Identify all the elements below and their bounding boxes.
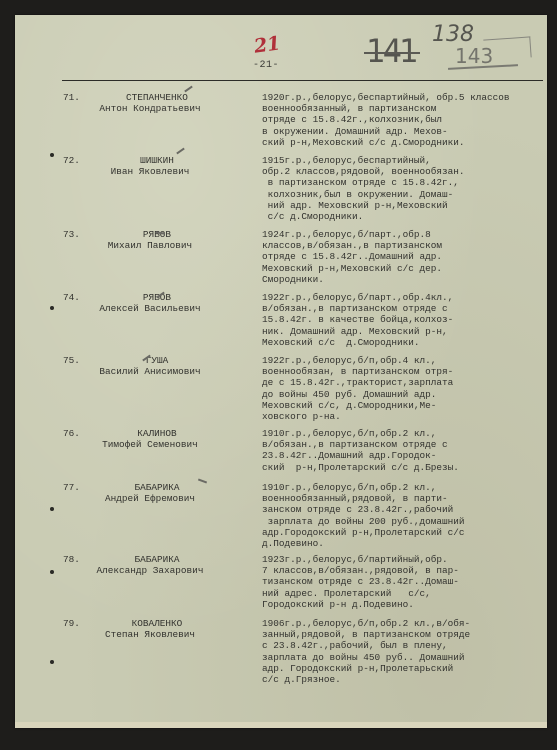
entry-description: 1910г.р.,белорус,б/п,обр.2 кл., военнооб… (262, 482, 552, 549)
binding-punch-mark (50, 570, 54, 574)
surname: КАЛИНОВ (70, 428, 230, 439)
given-name: Степан Яковлевич (70, 629, 230, 640)
entry-description: 1910г.р.,белорус,б/п,обр.2 кл., в/обязан… (262, 428, 552, 473)
given-name: Тимофей Семенович (70, 439, 230, 450)
header-rule (62, 80, 543, 81)
surname: РЯБОВ (70, 292, 230, 303)
given-name: Василий Анисимович (70, 366, 230, 377)
entry-description: 1922г.р.,белорус,б/п,обр.4 кл., военнооб… (262, 355, 552, 422)
person-name: ГУША Василий Анисимович (70, 355, 230, 377)
entry-description: 1906г.р.,белорус,б/п,обр.2 кл.,в/обя- за… (262, 618, 552, 685)
given-name: Антон Кондратьевич (70, 103, 230, 114)
person-name: КОВАЛЕНКО Степан Яковлевич (70, 618, 230, 640)
entry-description: 1924г.р.,белорус,б/парт.,обр.8 классов,в… (262, 229, 552, 285)
entry-description: 1915г.р.,белорус,беспартийный, обр.2 кла… (262, 155, 552, 222)
entry-description: 1923г.р.,белорус,б/партийный,обр. 7 клас… (262, 554, 552, 610)
person-name: КАЛИНОВ Тимофей Семенович (70, 428, 230, 450)
surname: БАБАРИКА (70, 554, 230, 565)
given-name: Иван Яковлевич (70, 166, 230, 177)
binding-punch-mark (50, 507, 54, 511)
person-name: БАБАРИКА Андрей Ефремович (70, 482, 230, 504)
person-name: СТЕПАНЧЕНКО Антон Кондратьевич (70, 92, 230, 114)
pencil-box-mark (483, 36, 531, 60)
binding-punch-mark (50, 306, 54, 310)
page-bottom-edge (15, 722, 547, 728)
binding-punch-mark (50, 153, 54, 157)
given-name: Михаил Павлович (70, 240, 230, 251)
surname: РЯБОВ (70, 229, 230, 240)
entry-description: 1920г.р.,белорус,беспартийный, обр.5 кла… (262, 92, 552, 148)
handwritten-folio-number: 21 (253, 32, 282, 57)
pencil-archive-number: 141 (366, 32, 415, 70)
person-name: БАБАРИКА Александр Захарович (70, 554, 230, 576)
binding-punch-mark (50, 660, 54, 664)
surname: СТЕПАНЧЕНКО (70, 92, 230, 103)
pencil-strike-mark (364, 52, 420, 54)
person-name: РЯБОВ Михаил Павлович (70, 229, 230, 251)
entry-description: 1922г.р.,белорус,б/парт.,обр.4кл., в/обя… (262, 292, 552, 348)
person-name: РЯБОВ Алексей Васильевич (70, 292, 230, 314)
surname: ШИШКИН (70, 155, 230, 166)
person-name: ШИШКИН Иван Яковлевич (70, 155, 230, 177)
given-name: Андрей Ефремович (70, 493, 230, 504)
given-name: Алексей Васильевич (70, 303, 230, 314)
given-name: Александр Захарович (70, 565, 230, 576)
typed-page-number: -21- (253, 60, 279, 71)
surname: КОВАЛЕНКО (70, 618, 230, 629)
